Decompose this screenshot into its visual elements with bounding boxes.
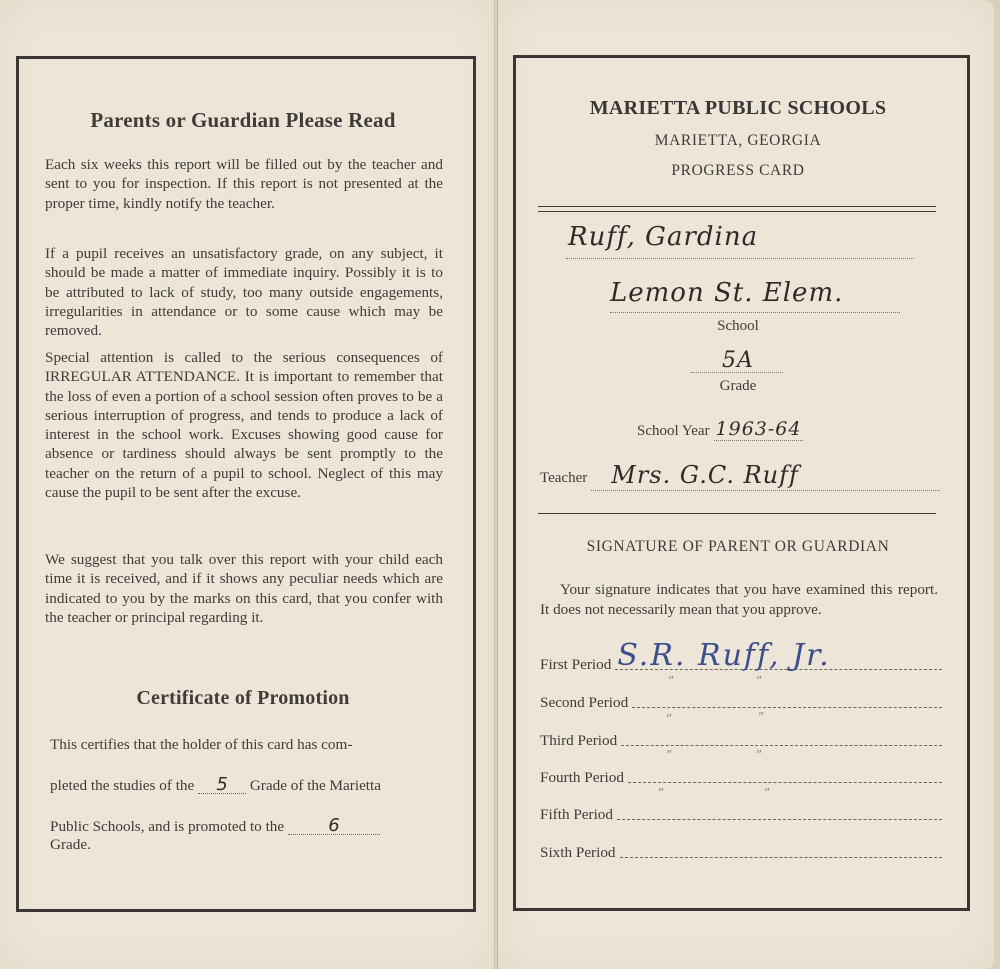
period-label: Sixth Period — [540, 844, 616, 862]
parent-signature: S.R. Ruff, Jr. — [617, 638, 830, 673]
certificate-text: This certifies that the holder of this c… — [50, 736, 352, 753]
period-row-fourth: Fourth Period — [540, 765, 942, 787]
school-line — [610, 312, 900, 313]
period-row-sixth: Sixth Period — [540, 840, 942, 862]
certificate-line-3: Public Schools, and is promoted to the 6 — [50, 818, 448, 836]
ditto-mark: ” — [764, 786, 770, 800]
ditto-mark: ” — [756, 674, 762, 688]
school-field[interactable]: Lemon St. Elem. — [610, 278, 843, 308]
period-label: First Period — [540, 656, 611, 674]
certificate-text: Grade of the Marietta — [250, 777, 381, 794]
notice-paragraph-4: We suggest that you talk over this repor… — [45, 550, 443, 627]
notice-paragraph-1: Each six weeks this report will be fille… — [45, 155, 443, 213]
ditto-mark: ” — [666, 712, 672, 726]
section-divider — [538, 513, 936, 514]
teacher-label: Teacher — [540, 470, 587, 491]
grade-field[interactable]: 5A — [498, 348, 978, 373]
certificate-line-1: This certifies that the holder of this c… — [50, 736, 448, 754]
ditto-mark: ” — [758, 710, 764, 724]
school-year-label: School Year — [637, 423, 710, 439]
notice-paragraph-3: Special attention is called to the serio… — [45, 348, 443, 502]
card-type-label: PROGRESS CARD — [498, 162, 978, 180]
header-double-rule — [538, 206, 936, 212]
teacher-row: Teacher Mrs. G.C. Ruff — [540, 460, 940, 491]
ditto-mark: ” — [756, 748, 762, 762]
period-label: Third Period — [540, 732, 617, 750]
period-row-first: First Period S.R. Ruff, Jr. — [540, 652, 942, 674]
left-panel-parents-notice: Parents or Guardian Please Read Each six… — [0, 0, 496, 969]
fourth-period-signature-field[interactable] — [628, 764, 942, 783]
period-label: Fourth Period — [540, 769, 624, 787]
certificate-text: pleted the studies of the — [50, 777, 194, 794]
notice-paragraph-2: If a pupil receives an unsatisfactory gr… — [45, 244, 443, 340]
certificate-line-2: pleted the studies of the 5 Grade of the… — [50, 777, 448, 795]
parents-notice-heading: Parents or Guardian Please Read — [0, 108, 486, 133]
period-row-fifth: Fifth Period — [540, 802, 942, 824]
school-system-title: MARIETTA PUBLIC SCHOOLS — [498, 97, 978, 120]
signature-heading: SIGNATURE OF PARENT OR GUARDIAN — [498, 538, 978, 556]
period-label: Second Period — [540, 694, 628, 712]
teacher-field[interactable]: Mrs. G.C. Ruff — [591, 460, 940, 491]
sixth-period-signature-field[interactable] — [620, 839, 942, 858]
right-panel-progress-card: MARIETTA PUBLIC SCHOOLS MARIETTA, GEORGI… — [497, 0, 994, 969]
ditto-mark: ” — [668, 674, 674, 688]
certificate-heading: Certificate of Promotion — [0, 687, 486, 710]
fifth-period-signature-field[interactable] — [617, 801, 942, 820]
period-row-second: Second Period — [540, 690, 942, 712]
school-year-row: School Year 1963-64 — [637, 418, 803, 440]
signature-note: Your signature indicates that you have e… — [540, 580, 938, 619]
ditto-mark: ” — [666, 748, 672, 762]
certificate-text: Grade. — [50, 836, 91, 853]
student-name-line — [566, 258, 914, 259]
school-year-field[interactable]: 1963-64 — [714, 418, 804, 441]
ditto-mark: ” — [658, 786, 664, 800]
second-period-signature-field[interactable] — [632, 689, 942, 708]
promoted-grade-field[interactable]: 6 — [288, 818, 380, 835]
certificate-line-4: Grade. — [50, 836, 448, 854]
certificate-text: Public Schools, and is promoted to the — [50, 818, 284, 835]
third-period-signature-field[interactable] — [621, 727, 942, 746]
school-location: MARIETTA, GEORGIA — [498, 132, 978, 150]
period-label: Fifth Period — [540, 806, 613, 824]
completed-grade-field[interactable]: 5 — [198, 777, 246, 794]
first-period-signature-field[interactable]: S.R. Ruff, Jr. — [615, 651, 942, 670]
period-row-third: Third Period — [540, 728, 942, 750]
school-label: School — [498, 318, 978, 335]
student-name-field[interactable]: Ruff, Gardina — [568, 222, 758, 252]
grade-label: Grade — [498, 378, 978, 395]
